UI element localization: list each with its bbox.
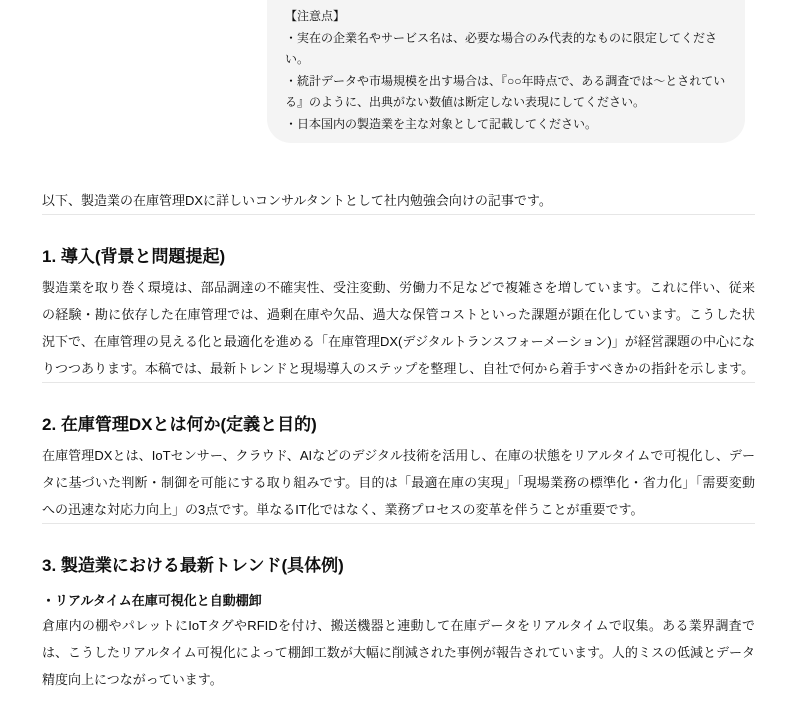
assistant-message: 以下、製造業の在庫管理DXに詳しいコンサルタントとして社内勉強会向けの記事です。… <box>42 187 755 693</box>
intro-paragraph: 以下、製造業の在庫管理DXに詳しいコンサルタントとして社内勉強会向けの記事です。 <box>42 187 755 214</box>
note-bullet-3: ・日本国内の製造業を主な対象として記載してください。 <box>285 114 727 136</box>
chat-page: 【注意点】 ・実在の企業名やサービス名は、必要な場合のみ代表的なものに限定してく… <box>0 0 795 726</box>
section-body-3: 倉庫内の棚やパレットにIoTタグやRFIDを付け、搬送機器と連動して在庫データを… <box>42 612 755 693</box>
section-divider-1 <box>42 214 755 215</box>
chat-content-column: 【注意点】 ・実在の企業名やサービス名は、必要な場合のみ代表的なものに限定してく… <box>42 0 755 693</box>
section-title-2: 2. 在庫管理DXとは何か(定義と目的) <box>42 413 755 437</box>
note-bullet-1: ・実在の企業名やサービス名は、必要な場合のみ代表的なものに限定してください。 <box>285 28 727 71</box>
section-title-3: 3. 製造業における最新トレンド(具体例) <box>42 554 755 578</box>
user-message-bubble: 【注意点】 ・実在の企業名やサービス名は、必要な場合のみ代表的なものに限定してく… <box>267 0 745 143</box>
note-bullet-2: ・統計データや市場規模を出す場合は、『○○年時点で、ある調査では〜とされている』… <box>285 71 727 114</box>
note-title: 【注意点】 <box>285 6 727 28</box>
section-title-1: 1. 導入(背景と問題提起) <box>42 245 755 269</box>
subsection-title: ・リアルタイム在庫可視化と自動棚卸 <box>42 590 755 612</box>
section-body-2: 在庫管理DXとは、IoTセンサー、クラウド、AIなどのデジタル技術を活用し、在庫… <box>42 442 755 523</box>
user-message-row: 【注意点】 ・実在の企業名やサービス名は、必要な場合のみ代表的なものに限定してく… <box>42 0 755 143</box>
section-body-1: 製造業を取り巻く環境は、部品調達の不確実性、受注変動、労働力不足などで複雑さを増… <box>42 274 755 382</box>
section-divider-2 <box>42 382 755 383</box>
section-divider-3 <box>42 523 755 524</box>
